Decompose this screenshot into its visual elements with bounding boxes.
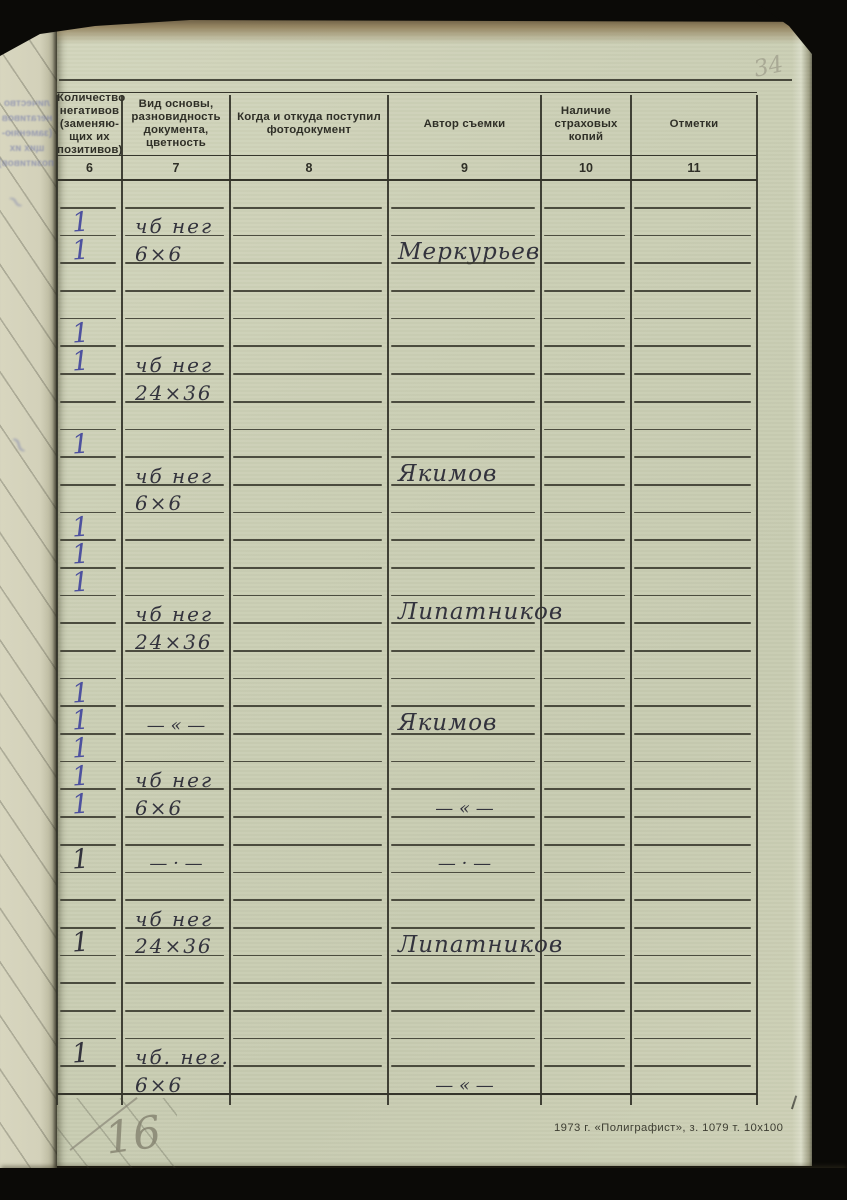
handwritten-entry: 1 — [71, 792, 90, 818]
table-cell: Якимов — [388, 458, 541, 486]
table-row: 1 — [57, 430, 757, 458]
table-cell — [122, 541, 230, 569]
table-cell — [57, 375, 122, 403]
table-cell: чб нег — [122, 762, 230, 790]
table-cell — [631, 236, 757, 264]
column-header-line: разновидность — [122, 111, 230, 124]
table-cell: чб. нег. — [122, 1039, 230, 1067]
table-cell — [230, 929, 388, 957]
handwritten-entry: — · — — [438, 856, 491, 873]
table-cell — [122, 181, 230, 209]
table-row: 1 — [57, 569, 757, 597]
table-cell — [230, 458, 388, 486]
table-cell — [388, 679, 541, 707]
handwritten-entry: 1 — [71, 570, 90, 596]
table-cell: 1 — [57, 236, 122, 264]
handwritten-entry: 24×36 — [135, 633, 213, 652]
column-header-line: позитивов) — [57, 144, 122, 157]
table-cell: 1 — [57, 209, 122, 237]
handwritten-entry: 1 — [71, 764, 90, 790]
photo-background-bottom — [0, 1168, 847, 1200]
handwritten-entry: чб нег — [135, 356, 213, 375]
column-number-8: 8 — [230, 156, 388, 179]
table-cell — [541, 679, 631, 707]
table-cell — [230, 403, 388, 431]
column-header-line: копий — [541, 131, 631, 144]
column-header-line: Отметки — [631, 118, 757, 131]
table-cell — [541, 624, 631, 652]
table-cell — [631, 569, 757, 597]
table-cell: 1 — [57, 846, 122, 874]
handwritten-entry: 1 — [71, 543, 90, 569]
table-cell — [388, 984, 541, 1012]
table-cell: 24×36 — [122, 929, 230, 957]
handwritten-entry: — · — — [149, 856, 202, 873]
scanned-register-page: личествонегативов(заменяю-щих ихпозитиво… — [0, 0, 847, 1200]
sheet-number-pencil: 16 — [102, 1106, 165, 1164]
table-cell — [57, 596, 122, 624]
table-cell — [388, 319, 541, 347]
table-cell — [230, 209, 388, 237]
handwritten-entry: 1 — [71, 238, 90, 264]
table-row: 16×6— « — — [57, 790, 757, 818]
table-cell — [57, 956, 122, 984]
table-cell — [631, 984, 757, 1012]
table-cell — [388, 209, 541, 237]
bleed-line: личество — [0, 96, 54, 111]
handwritten-entry: Якимов — [398, 713, 497, 735]
handwritten-entry: 1 — [71, 737, 90, 763]
handwritten-entry: 1 — [71, 432, 90, 458]
bleed-line: позитивов) — [0, 156, 54, 171]
table-cell — [631, 292, 757, 320]
column-header-8: Когда и откуда поступилфотодокумент — [230, 93, 388, 155]
table-cell — [122, 652, 230, 680]
table-cell: — · — — [122, 846, 230, 874]
table-cell — [388, 624, 541, 652]
column-header-line: Количество — [57, 92, 122, 105]
table-cell — [122, 679, 230, 707]
handwritten-entry: чб нег — [135, 467, 213, 486]
table-cell — [230, 236, 388, 264]
table-cell — [57, 984, 122, 1012]
ink-smudge: ~ — [0, 427, 37, 462]
column-header-9: Автор съемки — [388, 93, 541, 155]
table-cell — [631, 264, 757, 292]
table-row — [57, 873, 757, 901]
column-number-6: 6 — [57, 156, 122, 179]
column-separator — [630, 95, 632, 1105]
column-header-line: Вид основы, — [122, 98, 230, 111]
table-cell — [631, 403, 757, 431]
column-separator — [56, 95, 58, 1105]
table-cell — [57, 403, 122, 431]
table-cell — [230, 1067, 388, 1095]
table-cell — [541, 1067, 631, 1095]
table-row — [57, 181, 757, 209]
table-cell — [631, 929, 757, 957]
column-number-9: 9 — [388, 156, 541, 179]
handwritten-entry: чб. нег. — [135, 1048, 230, 1067]
table-cell — [541, 430, 631, 458]
table-cell — [631, 679, 757, 707]
table-cell — [122, 1012, 230, 1040]
table-cell: чб нег — [122, 209, 230, 237]
table-cell — [541, 375, 631, 403]
column-header-line: цветность — [122, 137, 230, 150]
table-cell — [541, 652, 631, 680]
table-row: чб нег — [57, 901, 757, 929]
table-cell — [541, 929, 631, 957]
table-cell — [631, 762, 757, 790]
handwritten-entry: 1 — [71, 1041, 90, 1067]
table-cell: — « — — [388, 1067, 541, 1095]
table-cell: — · — — [388, 846, 541, 874]
page-right-edge — [792, 18, 812, 1166]
table-cell — [631, 707, 757, 735]
table-cell: 1 — [57, 430, 122, 458]
table-cell: 6×6 — [122, 486, 230, 514]
table-cell — [57, 458, 122, 486]
table-cell — [388, 1039, 541, 1067]
table-cell: 1 — [57, 569, 122, 597]
column-header-line: Автор съемки — [388, 118, 541, 131]
table-cell — [230, 347, 388, 375]
table-row: чб негЛипатников — [57, 596, 757, 624]
table-cell — [541, 264, 631, 292]
table-cell: 1 — [57, 707, 122, 735]
table-row: 16×6Меркурьев — [57, 236, 757, 264]
handwritten-entry: Липатников — [398, 935, 563, 957]
column-header-line: документа, — [122, 124, 230, 137]
table-row: 1 — [57, 541, 757, 569]
table-row — [57, 292, 757, 320]
table-cell — [122, 430, 230, 458]
table-cell: 24×36 — [122, 624, 230, 652]
table-row: 6×6— « — — [57, 1067, 757, 1095]
column-header-line: Наличие — [541, 105, 631, 118]
table-cell — [541, 347, 631, 375]
table-cell — [230, 873, 388, 901]
bleed-line: щих их — [0, 141, 54, 156]
table-cell — [230, 735, 388, 763]
column-separator — [756, 95, 758, 1105]
handwritten-entry: 1 — [71, 847, 90, 873]
table-cell — [541, 181, 631, 209]
table-row: 1 — [57, 513, 757, 541]
table-cell — [230, 569, 388, 597]
table-cell — [631, 652, 757, 680]
table-cell — [122, 735, 230, 763]
table-cell — [230, 596, 388, 624]
table-cell — [631, 624, 757, 652]
table-cell — [631, 735, 757, 763]
table-cell — [541, 596, 631, 624]
column-number-row: 67891011 — [57, 156, 757, 181]
table-cell — [541, 319, 631, 347]
table-cell — [122, 264, 230, 292]
column-number-7: 7 — [122, 156, 230, 179]
table-cell: чб нег — [122, 901, 230, 929]
photo-background-right — [812, 0, 847, 1200]
table-cell — [230, 762, 388, 790]
table-cell — [388, 652, 541, 680]
table-cell — [631, 1039, 757, 1067]
table-cell — [631, 956, 757, 984]
table-cell — [57, 1012, 122, 1040]
table-cell — [388, 735, 541, 763]
table-cell — [388, 762, 541, 790]
table-cell — [57, 264, 122, 292]
table-cell — [122, 818, 230, 846]
table-row: чб негЯкимов — [57, 458, 757, 486]
table-cell — [541, 762, 631, 790]
table-cell — [541, 1039, 631, 1067]
table-cell: 1 — [57, 347, 122, 375]
table-cell: Якимов — [388, 707, 541, 735]
table-row: 1 — [57, 735, 757, 763]
handwritten-entry: — « — — [147, 718, 205, 735]
table-cell — [230, 264, 388, 292]
table-cell: 6×6 — [122, 790, 230, 818]
table-cell — [541, 458, 631, 486]
column-header-line: щих их — [57, 131, 122, 144]
table-cell — [631, 513, 757, 541]
column-separator — [387, 95, 389, 1105]
table-cell — [122, 956, 230, 984]
table-cell — [541, 236, 631, 264]
handwritten-entry: 1 — [71, 321, 90, 347]
table-cell: чб нег — [122, 347, 230, 375]
previous-page-edge: личествонегативов(заменяю-щих ихпозитиво… — [0, 26, 57, 1178]
table-row: 24×36 — [57, 624, 757, 652]
column-header-7: Вид основы,разновидностьдокумента,цветно… — [122, 93, 230, 155]
handwritten-entry: 6×6 — [135, 799, 183, 818]
table-cell — [230, 486, 388, 514]
table-row: 6×6 — [57, 486, 757, 514]
table-cell — [541, 403, 631, 431]
table-cell — [57, 181, 122, 209]
column-header-10: Наличиестраховыхкопий — [541, 93, 631, 155]
table-cell — [230, 652, 388, 680]
table-cell: 1 — [57, 679, 122, 707]
table-cell — [230, 679, 388, 707]
column-header-6: Количествонегативов(заменяю-щих ихпозити… — [57, 93, 122, 155]
column-separator — [229, 95, 231, 1105]
table-cell — [230, 181, 388, 209]
table-cell — [388, 430, 541, 458]
table-cell — [388, 264, 541, 292]
table-cell — [388, 181, 541, 209]
table-cell — [388, 513, 541, 541]
table-cell — [631, 209, 757, 237]
table-cell — [541, 901, 631, 929]
table-row: 1чб нег — [57, 209, 757, 237]
table-cell — [388, 818, 541, 846]
table-row — [57, 403, 757, 431]
table-row: 1— « —Якимов — [57, 707, 757, 735]
table-cell — [230, 1012, 388, 1040]
table-cell — [541, 541, 631, 569]
table-cell — [388, 1012, 541, 1040]
column-number-11: 11 — [631, 156, 757, 179]
table-cell: — « — — [122, 707, 230, 735]
table-cell — [57, 901, 122, 929]
table-cell: 1 — [57, 929, 122, 957]
handwritten-entry: Якимов — [398, 464, 497, 486]
table-row: 1— · —— · — — [57, 846, 757, 874]
table-cell: Липатников — [388, 596, 541, 624]
table-cell: 24×36 — [122, 375, 230, 403]
table-cell — [230, 818, 388, 846]
column-header-line: (заменяю- — [57, 118, 122, 131]
table-cell: Меркурьев — [388, 236, 541, 264]
table-cell — [541, 984, 631, 1012]
table-cell — [631, 1067, 757, 1095]
table-row — [57, 956, 757, 984]
table-cell — [122, 873, 230, 901]
table-cell — [388, 292, 541, 320]
table-cell — [388, 873, 541, 901]
handwritten-entry: чб нег — [135, 771, 213, 790]
handwritten-entry: 24×36 — [135, 937, 213, 956]
table-cell — [57, 292, 122, 320]
column-header-11: Отметки — [631, 93, 757, 155]
table-cell — [57, 1067, 122, 1095]
column-header-line: негативов — [57, 105, 122, 118]
handwritten-entry: чб нег — [135, 217, 213, 236]
column-header-line: страховых — [541, 118, 631, 131]
table-cell — [388, 541, 541, 569]
table-cell — [122, 292, 230, 320]
table-cell — [388, 569, 541, 597]
handwritten-entry: 1 — [71, 709, 90, 735]
table-cell — [230, 1039, 388, 1067]
table-cell: Липатников — [388, 929, 541, 957]
table-cell — [541, 209, 631, 237]
table-cell — [388, 486, 541, 514]
table-cell — [388, 956, 541, 984]
table-row: 124×36Липатников — [57, 929, 757, 957]
table-cell: 1 — [57, 319, 122, 347]
handwritten-entry: 1 — [71, 349, 90, 375]
table-cell: чб нег — [122, 596, 230, 624]
table-cell — [631, 596, 757, 624]
table-cell — [541, 846, 631, 874]
handwritten-entry: 1 — [71, 930, 90, 956]
table-cell — [631, 486, 757, 514]
table-cell — [541, 873, 631, 901]
table-cell — [388, 901, 541, 929]
table-row — [57, 652, 757, 680]
handwritten-entry: 6×6 — [135, 245, 183, 264]
table-cell — [230, 846, 388, 874]
table-cell — [122, 319, 230, 347]
ink-smudge: ~ — [0, 187, 30, 218]
table-cell — [631, 818, 757, 846]
table-row: 1чб нег — [57, 347, 757, 375]
table-cell — [122, 569, 230, 597]
handwritten-entry: Липатников — [398, 602, 563, 624]
handwritten-entry: 6×6 — [135, 1076, 183, 1095]
table-cell — [631, 347, 757, 375]
table-cell — [541, 818, 631, 846]
table-row — [57, 818, 757, 846]
table-cell — [388, 375, 541, 403]
bleed-line: негативов — [0, 111, 54, 126]
page-top-edge — [57, 18, 812, 44]
table-row: 1чб. нег. — [57, 1039, 757, 1067]
table-cell — [541, 956, 631, 984]
table-row — [57, 1012, 757, 1040]
table-cell: 1 — [57, 513, 122, 541]
table-cell — [230, 319, 388, 347]
table-row: 24×36 — [57, 375, 757, 403]
table-cell — [57, 818, 122, 846]
top-rule-line — [59, 79, 792, 81]
table-cell — [230, 790, 388, 818]
table-cell: 1 — [57, 762, 122, 790]
table-row: 1чб нег — [57, 762, 757, 790]
table-cell — [541, 486, 631, 514]
column-number-10: 10 — [541, 156, 631, 179]
column-separator — [540, 95, 542, 1105]
table-cell: 1 — [57, 541, 122, 569]
table-row — [57, 264, 757, 292]
table-cell — [230, 292, 388, 320]
print-shop-imprint: 1973 г. «Полиграфист», з. 1079 т. 10х100 — [554, 1122, 783, 1134]
bleed-through-text: личествонегативов(заменяю-щих ихпозитиво… — [0, 96, 54, 171]
table-cell — [57, 486, 122, 514]
table-cell — [631, 458, 757, 486]
table-cell — [230, 707, 388, 735]
table-row: 1 — [57, 319, 757, 347]
register-sheet: 34 Количествонегативов(заменяю-щих ихпоз… — [57, 18, 812, 1166]
table-cell — [631, 846, 757, 874]
table-cell — [57, 652, 122, 680]
table-cell — [122, 513, 230, 541]
table-cell — [541, 569, 631, 597]
column-header-line: Когда и откуда поступил — [230, 111, 388, 124]
table-cell — [230, 513, 388, 541]
table-cell — [57, 624, 122, 652]
handwritten-entry: Меркурьев — [398, 242, 540, 264]
table-cell: 1 — [57, 790, 122, 818]
table-cell — [122, 984, 230, 1012]
table-cell: чб нег — [122, 458, 230, 486]
table-cell: 6×6 — [122, 236, 230, 264]
bleed-line: (заменяю- — [0, 126, 54, 141]
table-cell — [541, 1012, 631, 1040]
table-bottom-rule — [57, 1093, 757, 1095]
table-cell — [230, 901, 388, 929]
table-cell — [541, 790, 631, 818]
table-cell — [631, 1012, 757, 1040]
table-cell — [122, 403, 230, 431]
table-cell — [230, 624, 388, 652]
table-cell — [230, 956, 388, 984]
register-table: Количествонегативов(заменяю-щих ихпозити… — [57, 92, 757, 1095]
table-cell: — « — — [388, 790, 541, 818]
table-row — [57, 984, 757, 1012]
table-cell — [541, 292, 631, 320]
table-cell — [631, 790, 757, 818]
table-cell — [631, 541, 757, 569]
table-cell — [230, 541, 388, 569]
table-cell — [230, 430, 388, 458]
table-row: 1 — [57, 679, 757, 707]
table-cell — [631, 375, 757, 403]
